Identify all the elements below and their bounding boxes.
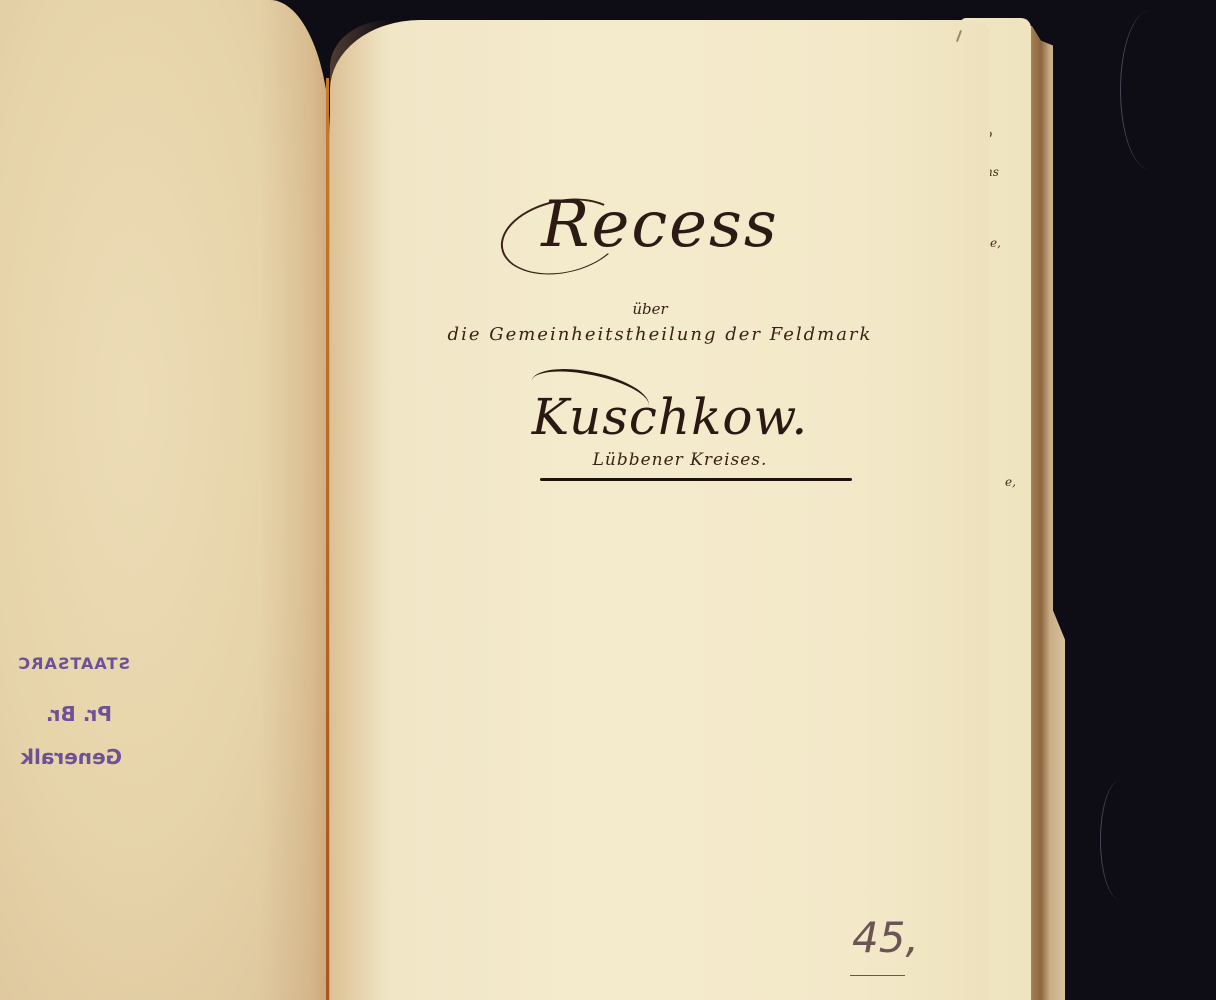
book-photo: o ns e, e, STAATSARC Pr. Br. Generalk Re…	[0, 0, 1216, 1000]
connector-word: über	[620, 300, 680, 318]
stamp-line: STAATSARC	[17, 654, 130, 673]
title-underline-rule	[540, 478, 852, 481]
left-page: STAATSARC Pr. Br. Generalk	[0, 0, 330, 1000]
stamp-line: Pr. Br.	[46, 702, 112, 726]
underlying-mark: e,	[1005, 475, 1016, 489]
place-name: Kuschkow.	[490, 388, 850, 446]
stamp-line: Generalk	[21, 745, 122, 769]
district-name: Lübbener Kreises.	[530, 450, 830, 470]
archive-stamp-mirrored: STAATSARC Pr. Br. Generalk	[0, 640, 140, 800]
underlying-mark: e,	[990, 236, 1001, 250]
document-title: Recess	[500, 188, 820, 262]
right-page: Recess über die Gemeinheitstheilung der …	[330, 20, 990, 1000]
folio-number: 45,	[852, 913, 919, 962]
folio-underline	[850, 975, 905, 976]
corner-pencil-mark	[956, 30, 962, 42]
book-gutter	[326, 78, 329, 1000]
background-scratch	[1100, 780, 1141, 900]
background-scratch	[1120, 10, 1181, 170]
document-subtitle: die Gemeinheitstheilung der Feldmark	[390, 324, 930, 345]
